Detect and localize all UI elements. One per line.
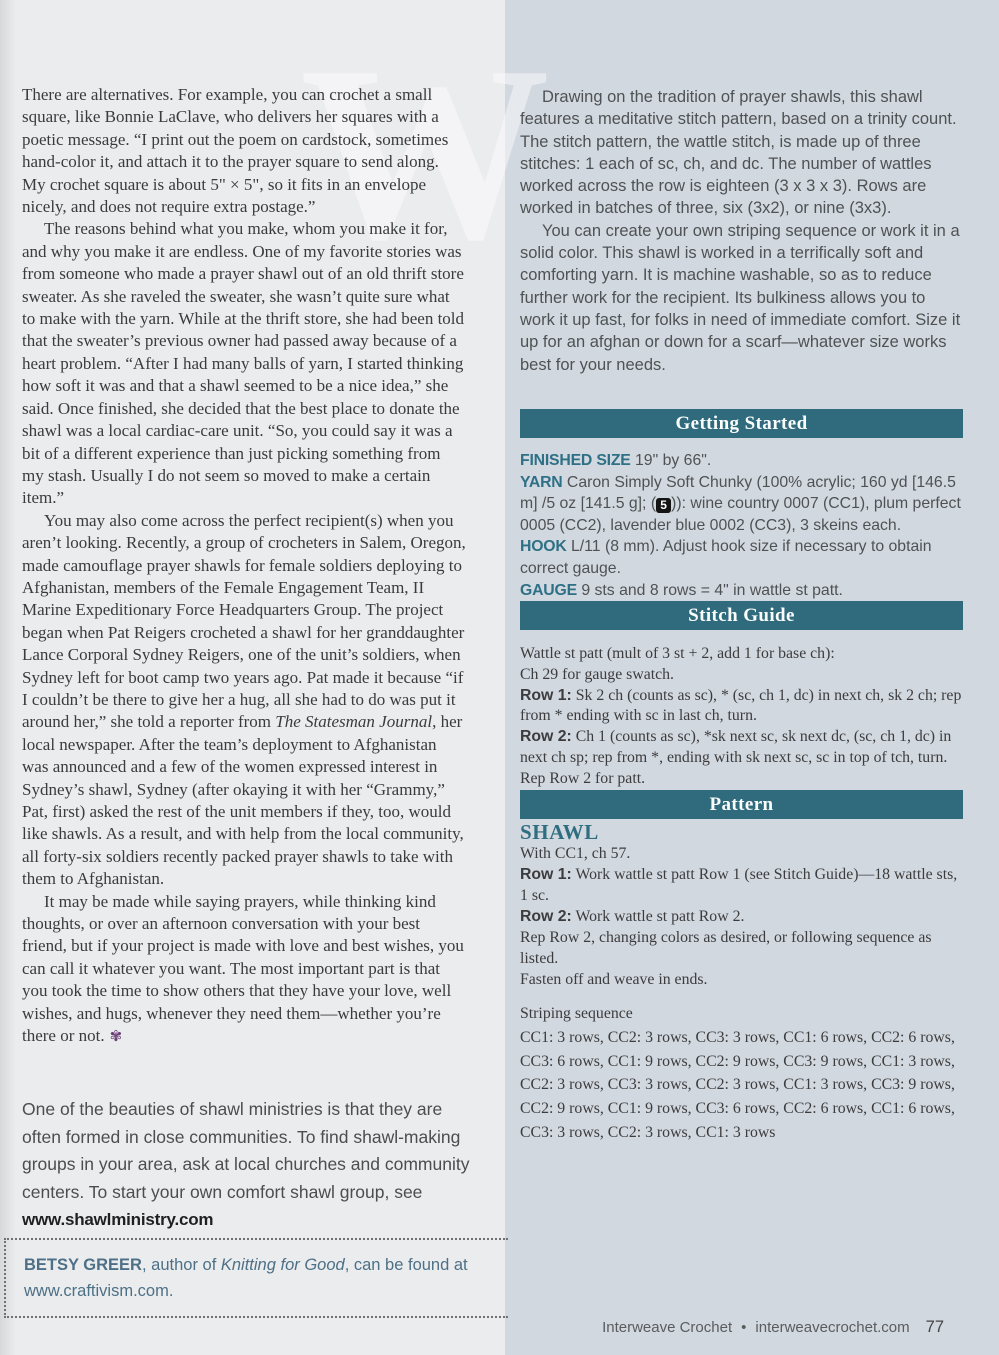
pattern-section: SHAWL With CC1, ch 57. Row 1: Work wattl… — [520, 822, 966, 990]
row2-label: Row 2: — [520, 728, 572, 745]
pattern-row2: Row 2: Work wattle st patt Row 2. — [520, 906, 966, 927]
gauge-label: GAUGE — [520, 582, 577, 599]
pattern-line: Fasten off and weave in ends. — [520, 969, 966, 990]
article-paragraph: There are alternatives. For example, you… — [22, 84, 466, 218]
stitch-guide-line: Ch 29 for gauge swatch. — [520, 665, 966, 686]
stitch-guide-line: Rep Row 2 for patt. — [520, 769, 966, 790]
page-footer: Interweave Crochet•interweavecrochet.com… — [520, 1318, 944, 1337]
pattern-line: With CC1, ch 57. — [520, 843, 966, 864]
yarn-line: YARN Caron Simply Soft Chunky (100% acry… — [520, 472, 966, 537]
row1-text: Work wattle st patt Row 1 (see Stitch Gu… — [520, 866, 957, 904]
stitch-guide-row1: Row 1: Sk 2 ch (counts as sc), * (sc, ch… — [520, 686, 966, 728]
hook-value: L/11 (8 mm). Adjust hook size if necessa… — [520, 538, 932, 577]
gauge-value: 9 sts and 8 rows = 4" in wattle st patt. — [581, 582, 843, 599]
bullet-separator: • — [741, 1319, 746, 1336]
hook-label: HOOK — [520, 538, 567, 555]
finished-size-value: 19" by 66". — [635, 452, 711, 469]
striping-sequence: Striping sequence CC1: 3 rows, CC2: 3 ro… — [520, 1002, 972, 1145]
striping-text: CC1: 3 rows, CC2: 3 rows, CC3: 3 rows, C… — [520, 1026, 972, 1145]
row2-text: Work wattle st patt Row 2. — [575, 908, 744, 925]
paragraph-text: You may also come across the perfect rec… — [22, 511, 466, 732]
section-header-getting-started: Getting Started — [520, 409, 963, 438]
shawlministry-link: www.shawlministry.com — [22, 1206, 478, 1234]
intro-paragraph: Drawing on the tradition of prayer shawl… — [520, 86, 964, 220]
stitch-guide-line: Wattle st patt (mult of 3 st + 2, add 1 … — [520, 644, 966, 665]
author-bio-box: BETSY GREER, author of Knitting for Good… — [4, 1238, 508, 1318]
row1-label: Row 1: — [520, 866, 572, 883]
pattern-row1: Row 1: Work wattle st patt Row 1 (see St… — [520, 864, 966, 906]
article-paragraph: You may also come across the perfect rec… — [22, 510, 466, 891]
hook-line: HOOK L/11 (8 mm). Adjust hook size if ne… — [520, 536, 966, 579]
yarn-weight-5-icon: 5 — [656, 498, 671, 513]
page-number: 77 — [926, 1318, 944, 1336]
flower-end-mark-icon: ✾ — [105, 1029, 123, 1045]
row2-text: Ch 1 (counts as sc), *sk next sc, sk nex… — [520, 728, 951, 766]
stitch-guide-row2: Row 2: Ch 1 (counts as sc), *sk next sc,… — [520, 727, 966, 769]
pattern-intro: Drawing on the tradition of prayer shawl… — [520, 86, 964, 376]
note-text: One of the beauties of shawl ministries … — [22, 1096, 478, 1206]
magazine-page: W There are alternatives. For example, y… — [0, 0, 999, 1355]
magazine-name: Interweave Crochet — [602, 1319, 732, 1336]
paragraph-text: It may be made while saying prayers, whi… — [22, 892, 464, 1045]
bio-text: , author of — [142, 1256, 221, 1274]
stitch-guide-section: Wattle st patt (mult of 3 st + 2, add 1 … — [520, 644, 966, 790]
striping-title: Striping sequence — [520, 1002, 972, 1026]
yarn-label: YARN — [520, 474, 563, 491]
article-paragraph: It may be made while saying prayers, whi… — [22, 891, 466, 1049]
author-name: BETSY GREER — [24, 1256, 142, 1274]
section-header-pattern: Pattern — [520, 790, 963, 819]
book-title: Knitting for Good — [221, 1256, 345, 1274]
finished-size-line: FINISHED SIZE 19" by 66". — [520, 450, 966, 472]
magazine-website: interweavecrochet.com — [755, 1319, 909, 1336]
getting-started-section: FINISHED SIZE 19" by 66". YARN Caron Sim… — [520, 450, 966, 601]
shawl-heading: SHAWL — [520, 822, 966, 843]
row1-label: Row 1: — [520, 687, 572, 704]
article-column: There are alternatives. For example, you… — [22, 84, 466, 1048]
intro-paragraph: You can create your own striping sequenc… — [520, 220, 964, 376]
page-edge-shadow — [0, 0, 16, 1355]
journal-title: The Statesman Journal — [275, 712, 432, 731]
article-paragraph: The reasons behind what you make, whom y… — [22, 218, 466, 509]
gauge-line: GAUGE 9 sts and 8 rows = 4" in wattle st… — [520, 580, 966, 602]
row1-text: Sk 2 ch (counts as sc), * (sc, ch 1, dc)… — [520, 687, 961, 725]
section-header-stitch-guide: Stitch Guide — [520, 601, 963, 630]
paragraph-text: , her local newspaper. After the team’s … — [22, 712, 464, 888]
finished-size-label: FINISHED SIZE — [520, 452, 631, 469]
row2-label: Row 2: — [520, 908, 572, 925]
community-note: One of the beauties of shawl ministries … — [22, 1096, 478, 1234]
pattern-line: Rep Row 2, changing colors as desired, o… — [520, 927, 966, 969]
